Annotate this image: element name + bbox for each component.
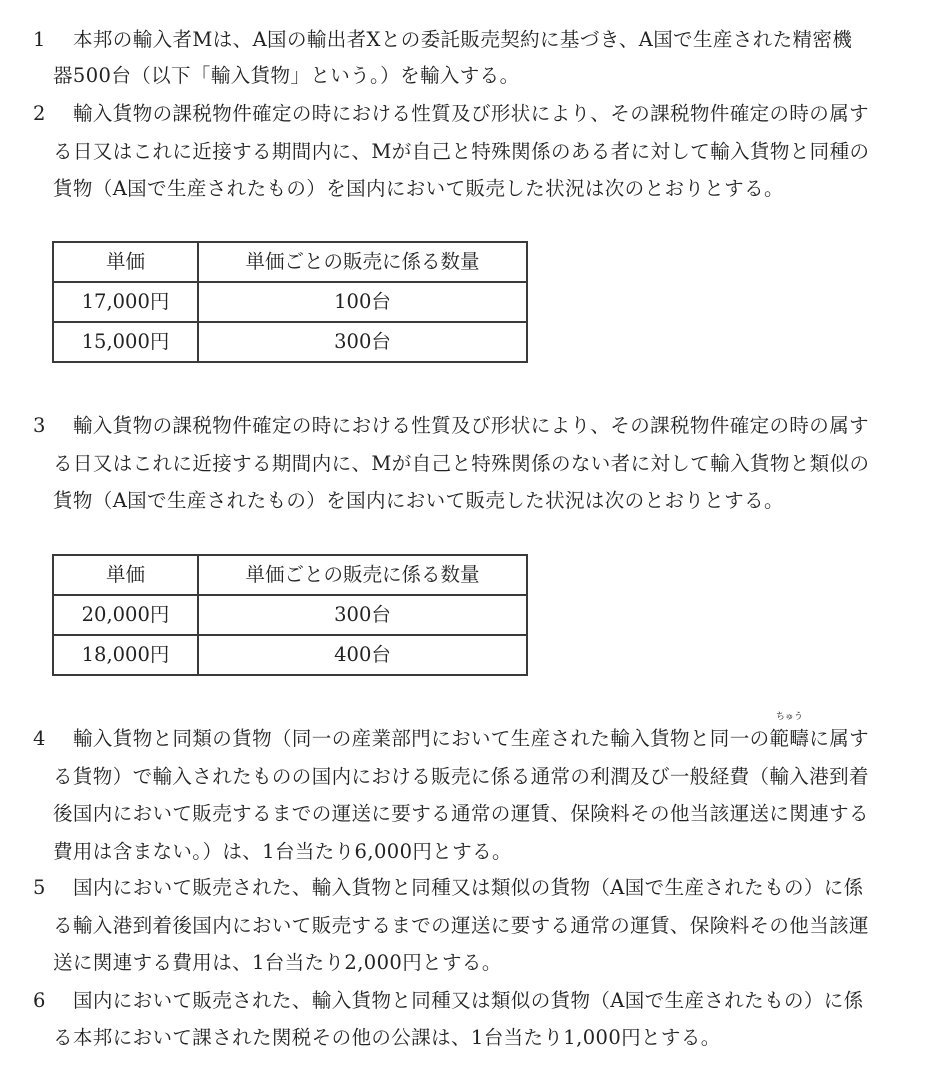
paragraph-line-text: に属す [809,727,869,750]
paragraph-number: 3 [33,414,45,438]
cell-unit-price: 17,000円 [53,282,198,322]
table-row: 15,000円 300台 [53,322,527,362]
paragraph-line: る本邦において課された関税その他の公課は、1台当たり1,000円とする。 [53,1026,721,1050]
paragraph-line: る日又はこれに近接する期間内に、Mが自己と特殊関係のない者に対して輸入貨物と類似… [53,452,869,476]
ruby-word: ちゅう範疇 [770,727,810,751]
paragraph-line: 器500台（以下「輸入貨物」という。）を輸入する。 [53,64,519,88]
table-row: 18,000円 400台 [53,635,527,675]
paragraph-line: 貨物（A国で生産されたもの）を国内において販売した状況は次のとおりとする。 [53,489,784,513]
ruby-reading: ちゅう [776,712,803,722]
paragraph-line: 本邦の輸入者Mは、A国の輸出者Xとの委託販売契約に基づき、A国で生産された精密機 [73,28,852,52]
paragraph-number: 1 [33,28,45,52]
cell-quantity: 300台 [198,322,527,362]
paragraph-number: 5 [33,876,45,900]
paragraph-line: る輸入港到着後国内において販売するまでの運送に要する通常の運賃、保険料その他当該… [53,914,869,938]
cell-unit-price: 15,000円 [53,322,198,362]
paragraph-line: 輸入貨物と同類の貨物（同一の産業部門において生産された輸入貨物と同一のちゅう範疇… [73,727,869,751]
paragraph-line: 国内において販売された、輸入貨物と同種又は類似の貨物（A国で生産されたもの）に係 [73,876,864,900]
paragraph-line-text: 輸入貨物と同類の貨物（同一の産業部門において生産された輸入貨物と同一の [73,727,770,750]
table-header-row: 単価 単価ごとの販売に係る数量 [53,242,527,282]
paragraph-number: 6 [33,989,45,1013]
sales-table-unrelated-party: 単価 単価ごとの販売に係る数量 20,000円 300台 18,000円 400… [52,554,528,676]
header-unit-price: 単価 [53,242,198,282]
cell-quantity: 300台 [198,595,527,635]
paragraph-line: 輸入貨物の課税物件確定の時における性質及び形状により、その課税物件確定の時の属す [73,414,869,438]
paragraph-line: 国内において販売された、輸入貨物と同種又は類似の貨物（A国で生産されたもの）に係 [73,989,864,1013]
header-quantity: 単価ごとの販売に係る数量 [198,242,527,282]
paragraph-line: 送に関連する費用は、1台当たり2,000円とする。 [53,951,502,975]
ruby-base: 範疇 [770,727,810,750]
header-unit-price: 単価 [53,555,198,595]
paragraph-line: る貨物）で輸入されたものの国内における販売に係る通常の利潤及び一般経費（輸入港到… [53,765,869,789]
header-quantity: 単価ごとの販売に係る数量 [198,555,527,595]
paragraph-line: 費用は含まない。）は、1台当たり6,000円とする。 [53,840,512,864]
paragraph-line: る日又はこれに近接する期間内に、Mが自己と特殊関係のある者に対して輸入貨物と同種… [53,140,869,164]
cell-unit-price: 20,000円 [53,595,198,635]
cell-quantity: 400台 [198,635,527,675]
cell-unit-price: 18,000円 [53,635,198,675]
sales-table-related-party: 単価 単価ごとの販売に係る数量 17,000円 100台 15,000円 300… [52,241,528,363]
paragraph-line: 輸入貨物の課税物件確定の時における性質及び形状により、その課税物件確定の時の属す [73,102,869,126]
cell-quantity: 100台 [198,282,527,322]
paragraph-number: 2 [33,102,45,126]
table-row: 20,000円 300台 [53,595,527,635]
paragraph-line: 貨物（A国で生産されたもの）を国内において販売した状況は次のとおりとする。 [53,177,784,201]
table-header-row: 単価 単価ごとの販売に係る数量 [53,555,527,595]
paragraph-number: 4 [33,727,45,751]
paragraph-line: 後国内において販売するまでの運送に要する通常の運賃、保険料その他当該運送に関連す… [53,802,869,826]
table-row: 17,000円 100台 [53,282,527,322]
